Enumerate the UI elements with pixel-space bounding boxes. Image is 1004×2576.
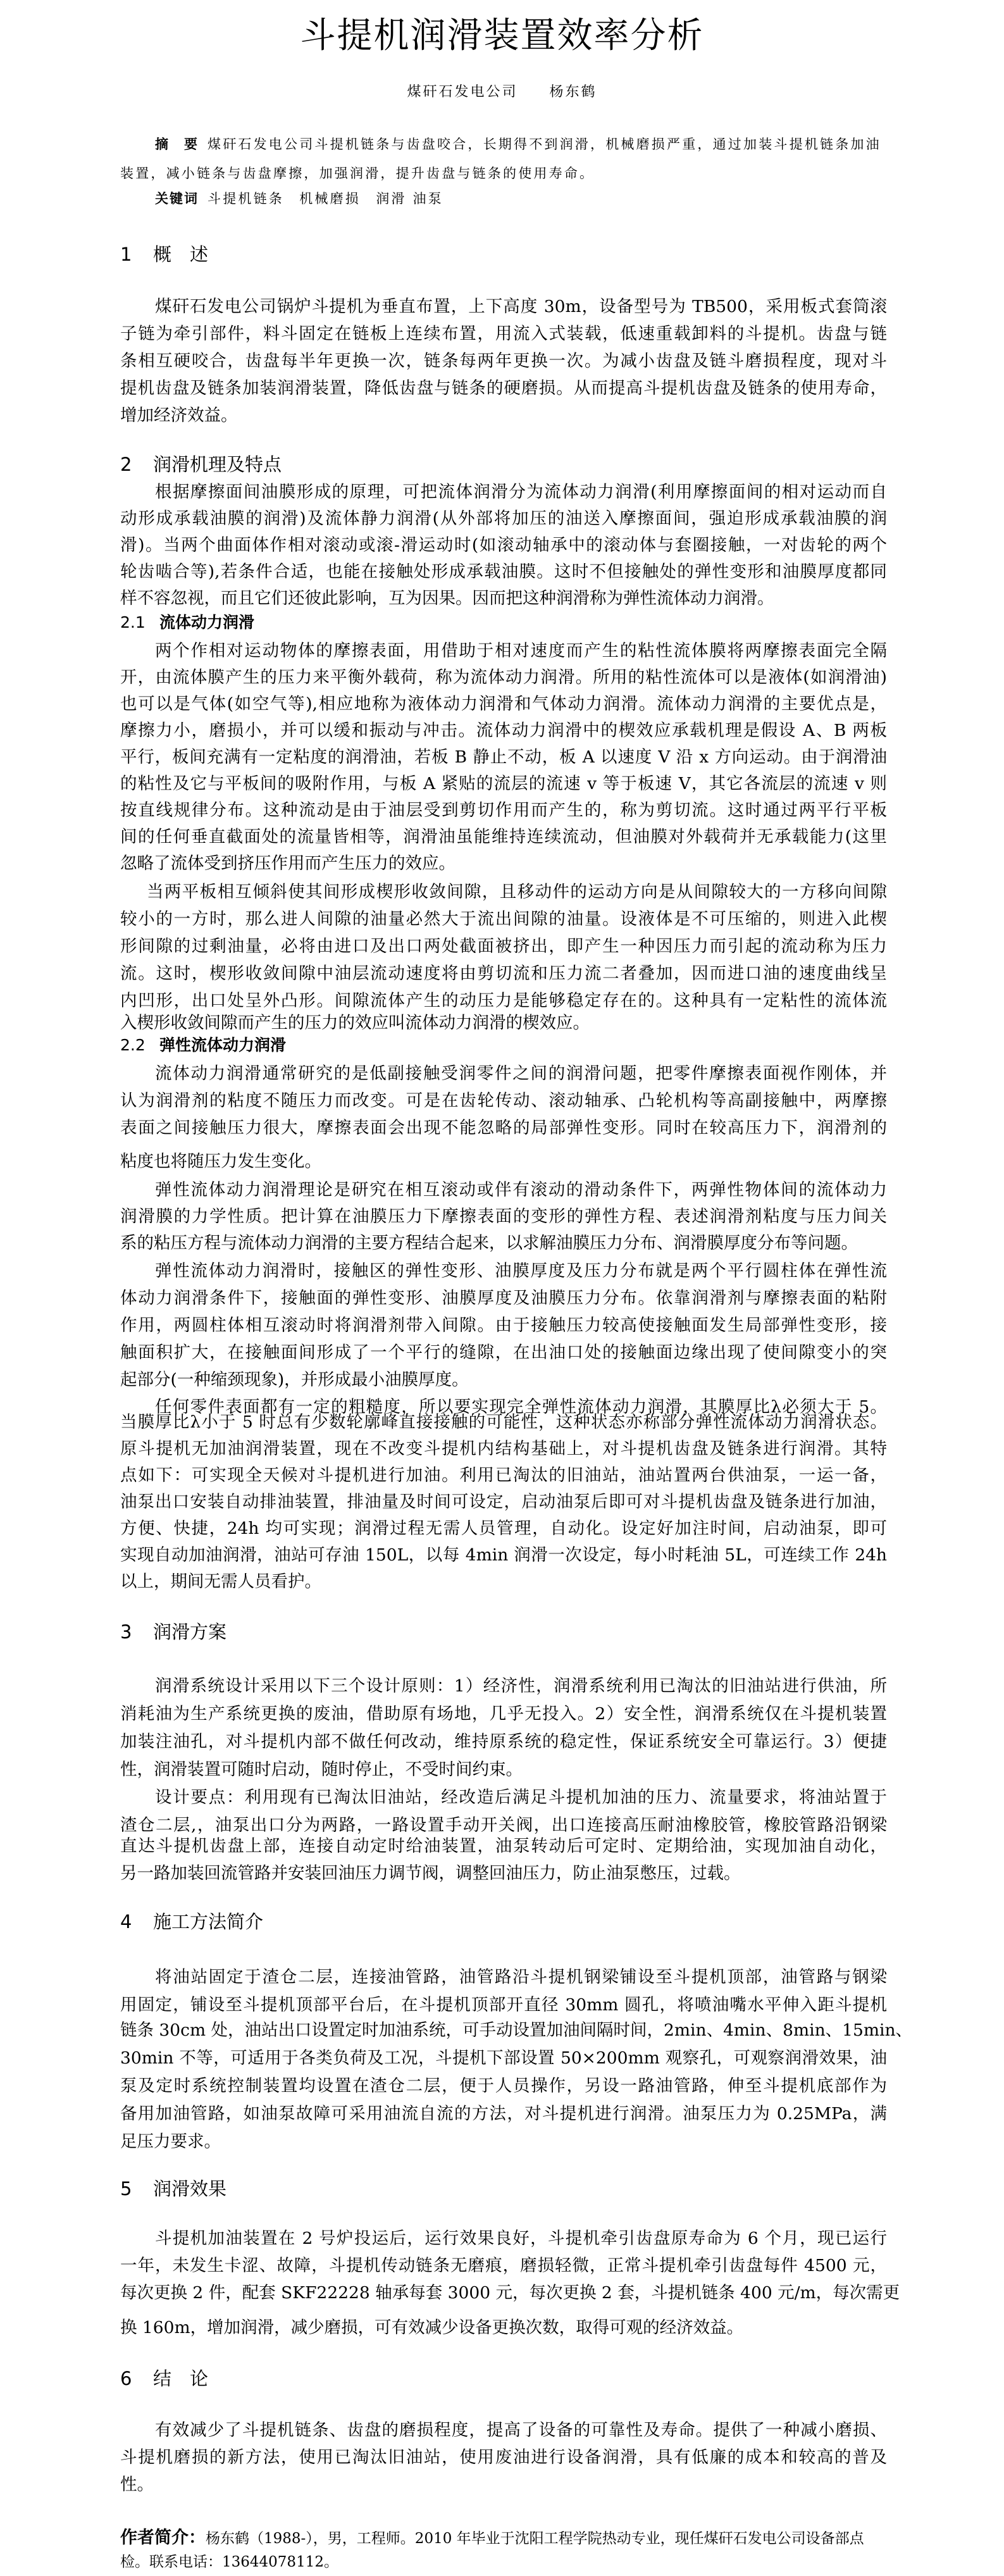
- paragraph-line: 性。: [120, 2470, 887, 2495]
- section-heading-2: 2润滑机理及特点: [120, 451, 282, 476]
- paragraph-line: 加装注油孔，对斗提机内部不做任何改动，维持原系统的稳定性，保证系统安全可靠运行。…: [120, 1727, 887, 1752]
- paragraph-line: 触面积扩大，在接触面间形成了一个平行的缝隙，在出油口处的接触面边缘出现了使间隙变…: [120, 1338, 887, 1363]
- page-title: 斗提机润滑装置效率分析: [0, 8, 1004, 58]
- section-number: 3: [120, 1621, 153, 1643]
- paragraph-line: 将油站固定于渣仓二层，连接油管路，油管路沿斗提机钢梁铺设至斗提机顶部，油管路与钢…: [155, 1963, 887, 1988]
- paragraph-line: 实现自动加油润滑，油站可存油 150L，以每 4min 润滑一次设定，每小时耗油…: [120, 1541, 887, 1565]
- subsection-title: 流体动力润滑: [159, 613, 254, 632]
- keywords-label: 关键词: [155, 191, 199, 206]
- paragraph-line: 较小的一方时，那么进人间隙的油量必然大于流出间隙的油量。设液体是不可压缩的，则进…: [120, 905, 887, 930]
- author-bio-label: 作者简介：: [120, 2528, 206, 2548]
- paragraph-line: 提机齿盘及链条加装润滑装置，降低齿盘与链条的硬磨损。从而提高斗提机齿盘及链条的使…: [120, 374, 887, 399]
- paragraph-line: 方便、快捷，24h 均可实现；润滑过程无需人员管理，自动化。设定好加注时间，启动…: [120, 1514, 887, 1539]
- section-heading-6: 6结 论: [120, 2365, 208, 2391]
- paragraph-line: 滑)。当两个曲面体作相对滚动或滚-滑运动时(如滚动轴承中的滚动体与套圈接触，一对…: [120, 531, 887, 556]
- byline-author: 杨东鹤: [550, 84, 597, 100]
- paragraph-line: 弹性流体动力润滑时，接触区的弹性变形、油膜厚度及压力分布就是两个平行圆柱体在弹性…: [155, 1257, 887, 1281]
- paragraph-line: 两个作相对运动物体的摩擦表面，用借助于相对速度而产生的粘性流体膜将两摩擦表面完全…: [155, 637, 887, 661]
- paragraph-line: 以上，期间无需人员看护。: [120, 1567, 887, 1592]
- byline-organization: 煤矸石发电公司: [407, 84, 517, 100]
- subsection-heading-2-1: 2.1流体动力润滑: [120, 610, 254, 633]
- paragraph-line: 系的粘压方程与流体动力润滑的主要方程结合起来，以求解油膜压力分布、润滑膜厚度分布…: [120, 1229, 887, 1254]
- paragraph-line: 一年，未发生卡涩、故障，斗提机传动链条无磨痕，磨损轻微，正常斗提机牵引齿盘每件 …: [120, 2251, 887, 2276]
- section-number: 6: [120, 2368, 153, 2389]
- paragraph-line: 有效减少了斗提机链条、齿盘的磨损程度，提高了设备的可靠性及寿命。提供了一种减小磨…: [155, 2416, 887, 2441]
- paragraph-line: 开，由流体膜产生的压力来平衡外载荷，称为流体动力润滑。所用的粘性流体可以是液体(…: [120, 663, 887, 688]
- paragraph-line: 点如下：可实现全天候对斗提机进行加油。利用已淘汰的旧油站，油站置两台供油泵，一运…: [120, 1461, 887, 1486]
- paragraph-line: 润滑系统设计采用以下三个设计原则：1）经济性，润滑系统利用已淘汰的旧油站进行供油…: [155, 1672, 887, 1696]
- paragraph-line: 流体动力润滑通常研究的是低副接触受润零件之间的润滑问题，把零件摩擦表面视作刚体，…: [155, 1059, 887, 1084]
- paragraph-line: 根据摩擦面间油膜形成的原理，可把流体润滑分为流体动力润滑(利用摩擦面间的相对运动…: [155, 478, 887, 502]
- section-title: 润滑机理及特点: [153, 454, 282, 475]
- section-heading-4: 4施工方法简介: [120, 1908, 263, 1934]
- author-bio-line-1: 作者简介：杨东鹤（1988-），男，工程师。2010 年毕业于沈阳工程学院热动专…: [120, 2523, 887, 2548]
- paragraph-line: 原斗提机无加油润滑装置，现在不改变斗提机内结构基础上，对斗提机齿盘及链条进行润滑…: [120, 1434, 887, 1459]
- abstract-text: 煤矸石发电公司斗提机链条与齿盘咬合，长期得不到润滑，机械磨损严重，通过加装斗提机…: [208, 137, 881, 152]
- paragraph-line: 也可以是气体(如空气等),相应地称为液体动力润滑和气体动力润滑。流体动力润滑的主…: [120, 690, 887, 714]
- author-bio-text: 杨东鹤（1988-），男，工程师。2010 年毕业于沈阳工程学院热动专业，现任煤…: [206, 2530, 864, 2547]
- paragraph-line: 设计要点：利用现有已淘汰旧油站，经改造后满足斗提机加油的压力、流量要求，将油站置…: [155, 1783, 887, 1808]
- section-heading-3: 3润滑方案: [120, 1618, 226, 1644]
- paragraph-line: 子链为牵引部件，料斗固定在链板上连续布置，用流入式装载，低速重载卸料的斗提机。齿…: [120, 320, 887, 344]
- paragraph-line: 足压力要求。: [120, 2127, 887, 2152]
- paragraph-line: 弹性流体动力润滑理论是研究在相互滚动或伴有滚动的滑动条件下，两弹性物体间的流体动…: [155, 1176, 887, 1200]
- paragraph-line: 油泵出口安装自动排油装置，排油量及时间可设定，启动油泵后即可对斗提机齿盘及链条进…: [120, 1488, 887, 1512]
- paragraph-line: 当两平板相互倾斜使其间形成楔形收敛间隙，且移动件的运动方向是从间隙较大的一方移向…: [147, 878, 887, 902]
- keywords-text: 斗提机链条 机械磨损 润滑 油泵: [208, 191, 443, 206]
- section-title: 润滑效果: [153, 2178, 226, 2200]
- section-title: 施工方法简介: [153, 1911, 263, 1932]
- paragraph-line: 形间隙的过剩油量，必将由进口及出口两处截面被挤出，即产生一种因压力而引起的流动称…: [120, 932, 887, 957]
- paragraph-line: 增加经济效益。: [120, 401, 887, 426]
- paragraph-line: 内凹形，出口处呈外凸形。间隙流体产生的动压力是能够稳定存在的。这种具有一定粘性的…: [120, 986, 887, 1011]
- section-number: 5: [120, 2178, 153, 2200]
- paragraph-line: 摩擦力小，磨损小，并可以缓和振动与冲击。流体动力润滑中的楔效应承载机理是假设 A…: [120, 716, 887, 741]
- paragraph-line: 入楔形收敛间隙而产生的压力的效应叫流体动力润滑的楔效应。: [120, 1009, 887, 1033]
- paragraph-line: 按直线规律分布。这种流动是由于油层受到剪切作用而产生的，称为剪切流。这时通过两平…: [120, 796, 887, 821]
- paragraph-line: 消耗油为生产系统更换的废油，借助原有场地，几乎无投入。2）安全性，润滑系统仅在斗…: [120, 1700, 887, 1724]
- paragraph-line: 样不容忽视，而且它们还彼此影响，互为因果。因而把这种润滑称为弹性流体动力润滑。: [120, 584, 887, 609]
- section-heading-5: 5润滑效果: [120, 2175, 226, 2201]
- section-title: 结 论: [153, 2368, 208, 2389]
- paragraph-line: 30min 不等，可适用于各类负荷及工况，斗提机下部设置 50×200mm 观察…: [120, 2044, 887, 2069]
- paragraph-line: 起部分(一种缩颈现象)，并形成最小油膜厚度。: [120, 1366, 887, 1390]
- paragraph-line: 体动力润滑条件下，接触面的弹性变形、油膜厚度及油膜压力分布。依靠润滑剂与摩擦表面…: [120, 1284, 887, 1309]
- paragraph-line: 用固定，铺设至斗提机顶部平台后，在斗提机顶部开直径 30mm 圆孔，将喷油嘴水平…: [120, 1991, 887, 2015]
- section-number: 4: [120, 1911, 153, 1932]
- keywords: 关键词斗提机链条 机械磨损 润滑 油泵: [155, 189, 443, 208]
- paragraph-line: 性，润滑装置可随时启动，随时停止，不受时间约束。: [120, 1755, 887, 1780]
- section-title: 润滑方案: [153, 1621, 226, 1643]
- paragraph-line: 条相互硬咬合，齿盘每半年更换一次，链条每两年更换一次。为减小齿盘及链斗磨损程度，…: [120, 347, 887, 371]
- paragraph-line: 链条 30cm 处，油站出口设置定时加油系统，可手动设置加油间隔时间，2min、…: [120, 2016, 887, 2041]
- paragraph-line: 直达斗提机齿盘上部，连接自动定时给油装置，油泵转动后可定时、定期给油，实现加油自…: [120, 1832, 887, 1857]
- subsection-number: 2.1: [120, 613, 159, 632]
- subsection-number: 2.2: [120, 1036, 159, 1054]
- paragraph-line: 泵及定时系统控制装置均设置在渣仓二层，便于人员操作，另设一路油管路，伸至斗提机底…: [120, 2072, 887, 2096]
- subsection-title: 弹性流体动力润滑: [159, 1036, 286, 1054]
- section-number: 1: [120, 244, 153, 265]
- paragraph-line: 斗提机加油装置在 2 号炉投运后，运行效果良好，斗提机牵引齿盘原寿命为 6 个月…: [155, 2224, 887, 2249]
- paragraph-line: 换 160m，增加润滑，减少磨损，可有效减少设备更换次数，取得可观的经济效益。: [120, 2313, 887, 2338]
- paragraph-line: 备用加油管路，如油泵故障可采用油流自流的方法，对斗提机进行润滑。油泵压力为 0.…: [120, 2100, 887, 2124]
- paragraph-line: 粘度也将随压力发生变化。: [120, 1147, 887, 1172]
- paragraph-line: 煤矸石发电公司锅炉斗提机为垂直布置，上下高度 30m，设备型号为 TB500，采…: [155, 292, 887, 317]
- paragraph-line: 当膜厚比λ小于 5 时总有少数轮廓峰直接接触的可能性，这种状态亦称部分弹性流体动…: [120, 1408, 887, 1433]
- paragraph-line: 表面之间接触压力很大，摩擦表面会出现不能忽略的局部弹性变形。同时在较高压力下，润…: [120, 1114, 887, 1138]
- paragraph-line: 每次更换 2 件，配套 SKF22228 轴承每套 3000 元，每次更换 2 …: [120, 2279, 887, 2303]
- paragraph-line: 的粘性及它与平板间的吸附作用，与板 A 紧贴的流层的流速 v 等于板速 V，其它…: [120, 769, 887, 794]
- abstract-line-1: 摘 要煤矸石发电公司斗提机链条与齿盘咬合，长期得不到润滑，机械磨损严重，通过加装…: [155, 134, 881, 153]
- abstract-label: 摘 要: [155, 137, 199, 152]
- paragraph-line: 忽略了流体受到挤压作用而产生压力的效应。: [120, 849, 887, 874]
- abstract-line-2: 装置，减小链条与齿盘摩擦，加强润滑，提升齿盘与链条的使用寿命。: [120, 163, 595, 182]
- author-bio-line-2: 检。联系电话：13644078112。: [120, 2550, 887, 2571]
- subsection-heading-2-2: 2.2弹性流体动力润滑: [120, 1033, 286, 1055]
- paragraph-line: 润滑膜的力学性质。把计算在油膜压力下摩擦表面的变形的弹性方程、表述润滑剂粘度与压…: [120, 1202, 887, 1227]
- paragraph-line: 作用，两圆柱体相互滚动时将润滑剂带入间隙。由于接触压力较高使接触面发生局部弹性变…: [120, 1311, 887, 1336]
- section-heading-1: 1概 述: [120, 240, 208, 266]
- paragraph-line: 平行，板间充满有一定粘度的润滑油，若板 B 静止不动，板 A 以速度 V 沿 x…: [120, 743, 887, 768]
- paragraph-line: 轮齿啮合等),若条件合适，也能在接触处形成承载油膜。这时不但接触处的弹性变形和油…: [120, 557, 887, 582]
- paragraph-line: 动形成承载油膜的润滑)及流体静力润滑(从外部将加压的油送入摩擦面间，强迫形成承载…: [120, 504, 887, 529]
- paragraph-line: 间的任何垂直截面处的流量皆相等，润滑油虽能维持连续流动，但油膜对外载荷并无承载能…: [120, 823, 887, 847]
- section-title: 概 述: [153, 244, 208, 265]
- byline: 煤矸石发电公司 杨东鹤: [0, 81, 1004, 101]
- paragraph-line: 另一路加装回流管路并安装回油压力调节阀，调整回油压力，防止油泵憋压，过载。: [120, 1859, 887, 1884]
- paragraph-line: 流。这时，楔形收敛间隙中油层流动速度将由剪切流和压力流二者叠加，因而进口油的速度…: [120, 959, 887, 984]
- section-number: 2: [120, 454, 153, 475]
- paragraph-line: 认为润滑剂的粘度不随压力而改变。可是在齿轮传动、滚动轴承、凸轮机构等高副接触中，…: [120, 1086, 887, 1111]
- paragraph-line: 斗提机磨损的新方法，使用已淘汰旧油站，使用废油进行设备润滑，具有低廉的成本和较高…: [120, 2443, 887, 2468]
